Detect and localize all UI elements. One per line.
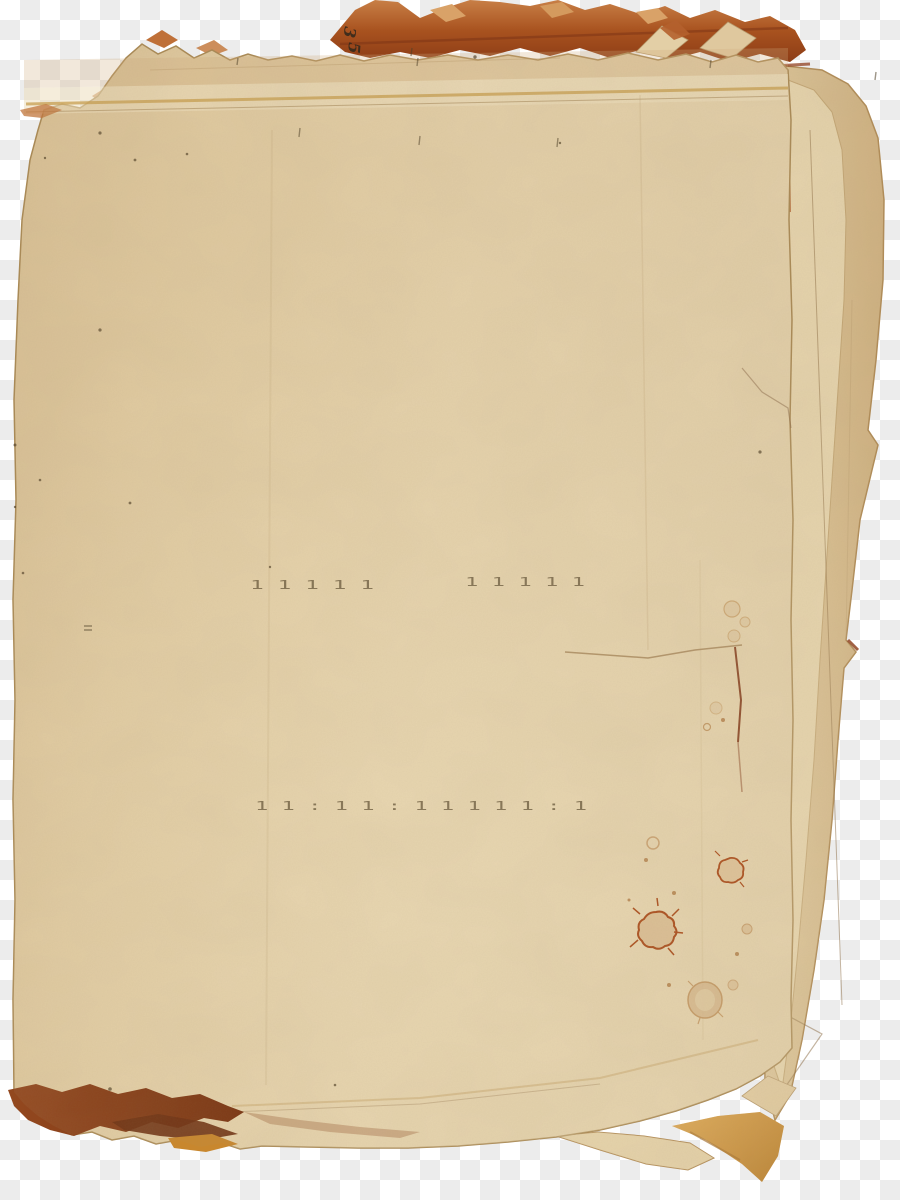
paper-stack-canvas: 1 1 1 1 1 1 1 1 1 1 1 1 : 1 1 : 1 1 1 1 … xyxy=(0,0,900,1200)
paper-grain-texture xyxy=(0,0,900,1200)
handwritten-digit-bottom: 5 xyxy=(344,42,364,54)
rust-bit xyxy=(146,30,178,48)
old-paper-stack-image: 1 1 1 1 1 1 1 1 1 1 1 1 : 1 1 : 1 1 1 1 … xyxy=(0,0,900,1200)
